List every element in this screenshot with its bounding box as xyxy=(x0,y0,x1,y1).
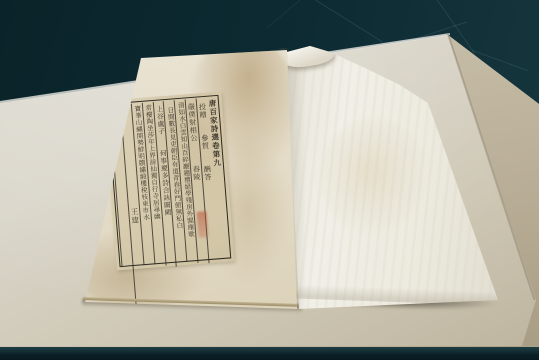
case-front-edge xyxy=(0,347,539,360)
wall-scratch xyxy=(267,0,314,28)
museum-photo: 唐百家詩選卷第九 投贈 參賀 酬答 嚴僕射相公 舂陵 清如水白雲知山百碎巖趨禮絕… xyxy=(0,0,539,360)
text-columns: 唐百家詩選卷第九 投贈 參賀 酬答 嚴僕射相公 舂陵 清如水白雲知山百碎巖趨禮絕… xyxy=(109,97,229,265)
right-page-stain xyxy=(320,118,430,238)
red-collector-seal xyxy=(197,211,209,238)
wall-scratch xyxy=(307,0,384,43)
